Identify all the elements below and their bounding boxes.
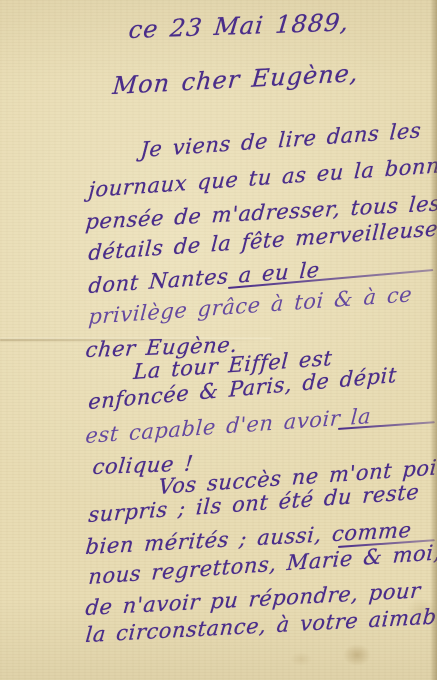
letter-scan: ce 23 Mai 1889, Mon cher Eugène, Je vien… <box>0 0 437 680</box>
paper-stain <box>290 652 312 666</box>
paper-edge-shadow <box>430 0 437 680</box>
paper-stain <box>343 644 371 666</box>
salutation-line: Mon cher Eugène, <box>112 59 360 100</box>
date-line: ce 23 Mai 1889, <box>127 8 350 44</box>
handwritten-line: Je viens de lire dans les <box>140 118 423 162</box>
